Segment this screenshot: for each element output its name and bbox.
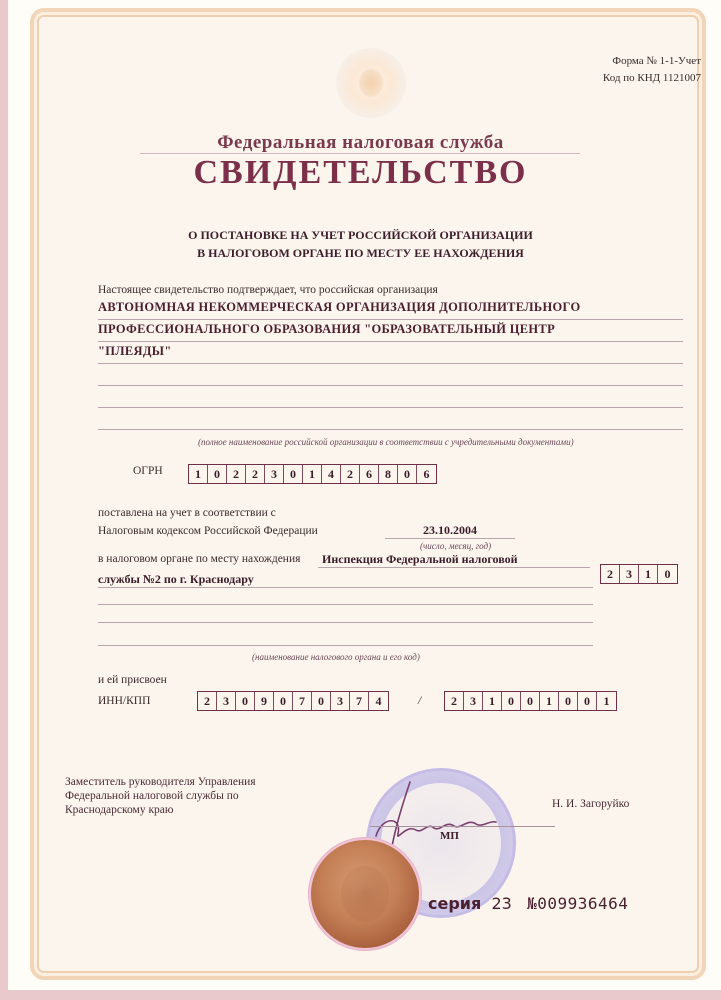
inn-digit: 4	[369, 692, 388, 710]
kpp-digit-boxes: 231001001	[444, 691, 617, 711]
inn-digit-boxes: 2309070374	[197, 691, 389, 711]
inn-digit: 3	[331, 692, 350, 710]
inn-digit: 7	[350, 692, 369, 710]
inn-digit: 0	[236, 692, 255, 710]
coat-of-arms-emblem-icon	[336, 48, 406, 118]
kpp-digit: 0	[578, 692, 597, 710]
inn-digit: 0	[274, 692, 293, 710]
kpp-digit: 1	[540, 692, 559, 710]
authority-underline-2	[98, 587, 593, 588]
ogrn-digit: 1	[189, 465, 208, 483]
org-name-line-6	[98, 408, 683, 430]
authority-code-digit: 3	[620, 565, 639, 583]
authority-underline-1	[318, 567, 590, 568]
kpp-digit: 0	[502, 692, 521, 710]
ogrn-digit: 1	[303, 465, 322, 483]
subtitle-line-2: В НАЛОГОВОМ ОРГАНЕ ПО МЕСТУ ЕЕ НАХОЖДЕНИ…	[0, 244, 721, 262]
inn-digit: 0	[312, 692, 331, 710]
authority-name-line-2: службы №2 по г. Краснодару	[98, 572, 254, 587]
signatory-name: Н. И. Загоруйко	[552, 798, 629, 810]
org-name-line-3: "ПЛЕЯДЫ"	[98, 342, 683, 364]
document-subtitle: О ПОСТАНОВКЕ НА УЧЕТ РОССИЙСКОЙ ОРГАНИЗА…	[0, 226, 721, 262]
series-label: серия	[428, 894, 481, 913]
knd-code: Код по КНД 1121007	[603, 72, 701, 84]
authority-code-digit: 1	[639, 565, 658, 583]
org-name-line-4	[98, 364, 683, 386]
authority-code-digit: 0	[658, 565, 677, 583]
ogrn-digit: 2	[246, 465, 265, 483]
kpp-digit: 2	[445, 692, 464, 710]
registration-date: 23.10.2004	[410, 523, 490, 538]
signature-line	[370, 826, 555, 827]
document-title: СВИДЕТЕЛЬСТВО	[0, 154, 721, 192]
authority-caption: (наименование налогового органа и его ко…	[252, 652, 420, 662]
authority-code-boxes: 2310	[600, 564, 678, 584]
ogrn-digit: 0	[284, 465, 303, 483]
ogrn-digit: 2	[341, 465, 360, 483]
ogrn-digit: 2	[227, 465, 246, 483]
inn-kpp-label: ИНН/КПП	[98, 695, 150, 707]
ogrn-digit: 0	[398, 465, 417, 483]
org-name-line-5	[98, 386, 683, 408]
ogrn-digit: 6	[417, 465, 436, 483]
org-name-line-1: АВТОНОМНАЯ НЕКОММЕРЧЕСКАЯ ОРГАНИЗАЦИЯ ДО…	[98, 298, 683, 320]
org-name-caption: (полное наименование российской организа…	[198, 437, 574, 447]
inn-digit: 9	[255, 692, 274, 710]
position-line-1: Заместитель руководителя Управления	[65, 775, 256, 789]
authority-label: в налоговом органе по месту нахождения	[98, 553, 300, 565]
inn-digit: 2	[198, 692, 217, 710]
form-number: Форма № 1-1-Учет	[612, 55, 701, 67]
signatory-position: Заместитель руководителя Управления Феде…	[65, 775, 256, 817]
registration-line-2: Налоговым кодексом Российской Федерации	[98, 525, 318, 537]
ogrn-digit: 3	[265, 465, 284, 483]
ogrn-digit: 0	[208, 465, 227, 483]
subtitle-line-1: О ПОСТАНОВКЕ НА УЧЕТ РОССИЙСКОЙ ОРГАНИЗА…	[0, 226, 721, 244]
stamp-mark: МП	[440, 830, 459, 842]
authority-name-line-1: Инспекция Федеральной налоговой	[322, 552, 518, 567]
ogrn-digit: 8	[379, 465, 398, 483]
org-name-line-2: ПРОФЕССИОНАЛЬНОГО ОБРАЗОВАНИЯ "ОБРАЗОВАТ…	[98, 320, 683, 342]
authority-underline-3	[98, 604, 593, 605]
inn-digit: 3	[217, 692, 236, 710]
serial-number: №009936464	[527, 894, 628, 913]
kpp-digit: 3	[464, 692, 483, 710]
kpp-digit: 1	[597, 692, 616, 710]
registration-line-1: поставлена на учет в соответствии с	[98, 507, 276, 519]
copper-seal-icon	[311, 840, 419, 948]
intro-text: Настоящее свидетельство подтверждает, чт…	[98, 284, 438, 296]
inn-kpp-separator: /	[418, 695, 421, 707]
kpp-digit: 0	[559, 692, 578, 710]
agency-name: Федеральная налоговая служба	[0, 132, 721, 154]
ogrn-digit: 4	[322, 465, 341, 483]
kpp-digit: 0	[521, 692, 540, 710]
series-value: 23	[491, 894, 511, 913]
date-underline	[385, 538, 515, 539]
ogrn-digit: 6	[360, 465, 379, 483]
inn-digit: 7	[293, 692, 312, 710]
ogrn-digit-boxes: 1022301426806	[188, 464, 437, 484]
kpp-digit: 1	[483, 692, 502, 710]
authority-code-digit: 2	[601, 565, 620, 583]
authority-underline-4	[98, 622, 593, 623]
date-caption: (число, месяц, год)	[420, 541, 491, 551]
certificate-serial: серия 23 №009936464	[428, 894, 628, 913]
ogrn-label: ОГРН	[133, 465, 163, 477]
position-line-2: Федеральной налоговой службы по	[65, 789, 256, 803]
assigned-label: и ей присвоен	[98, 674, 167, 686]
position-line-3: Краснодарскому краю	[65, 803, 256, 817]
authority-underline-5	[98, 645, 593, 646]
